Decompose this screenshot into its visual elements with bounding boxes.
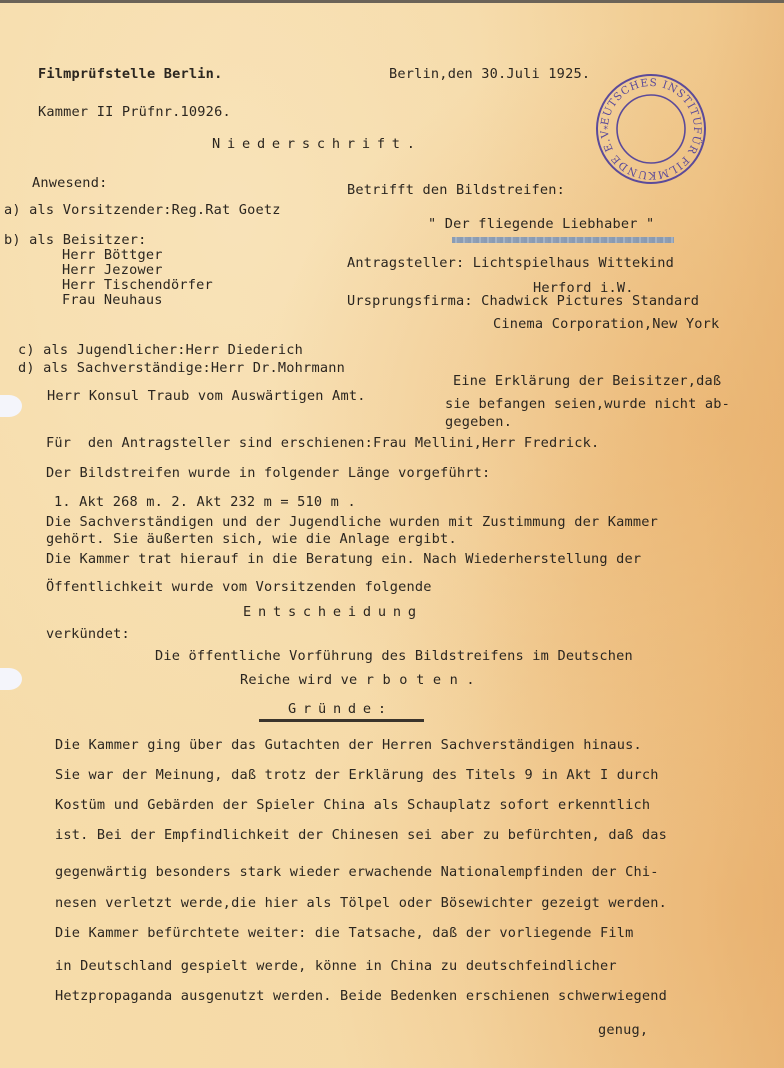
svg-text:DEUTSCHES INSTITUT: DEUTSCHES INSTITUT xyxy=(594,72,703,128)
origin-company: Cinema Corporation,New York xyxy=(493,316,719,332)
assessor-item: Herr Böttger xyxy=(62,247,163,263)
youth-line: c) als Jugendlicher:Herr Diederich xyxy=(18,342,303,358)
body-line: gehört. Sie äußerten sich, wie die Anlag… xyxy=(46,531,457,547)
reasons-line: Die Kammer befürchtete weiter: die Tatsa… xyxy=(55,925,634,941)
office-name: Filmprüfstelle Berlin. xyxy=(38,66,222,82)
appeared-line: Für den Antragsteller sind erschienen:Fr… xyxy=(46,435,599,451)
reasons-heading: Gründe: xyxy=(288,701,393,717)
experts-line: d) als Sachverständige:Herr Dr.Mohrmann xyxy=(18,360,345,376)
bias-note-line: Eine Erklärung der Beisitzer,daß xyxy=(453,373,721,389)
length-intro: Der Bildstreifen wurde in folgender Läng… xyxy=(46,465,490,481)
reasons-line: Kostüm und Gebärden der Spieler China al… xyxy=(55,797,650,813)
reasons-line: in Deutschland gespielt werde, könne in … xyxy=(55,958,617,974)
origin-line: Ursprungsfirma: Chadwick Pictures Standa… xyxy=(347,293,699,309)
reasons-line: gegenwärtig besonders stark wieder erwac… xyxy=(55,864,659,880)
assessor-item: Herr Jezower xyxy=(62,262,163,278)
film-title: " Der fliegende Liebhaber " xyxy=(428,216,654,232)
reasons-underline xyxy=(259,719,424,722)
decision-heading: Entscheidung xyxy=(243,604,423,620)
reasons-line: ist. Bei der Empfindlichkeit der Chinese… xyxy=(55,827,667,843)
body-line: Die Kammer trat hierauf in die Beratung … xyxy=(46,551,641,567)
bias-note-line: gegeben. xyxy=(445,414,512,430)
reasons-line: Sie war der Meinung, daß trotz der Erklä… xyxy=(55,767,659,783)
reasons-line: nesen verletzt werde,die hier als Tölpel… xyxy=(55,895,667,911)
document-page: Filmprüfstelle Berlin. Kammer II Prüfnr.… xyxy=(0,0,784,1068)
decision-line: Reiche wird ve r b o t e n . xyxy=(240,672,475,688)
continuation-word: genug, xyxy=(598,1022,648,1038)
assessor-item: Frau Neuhaus xyxy=(62,292,163,308)
assessors-label: b) als Beisitzer: xyxy=(4,232,147,248)
place-date: Berlin,den 30.Juli 1925. xyxy=(389,66,590,82)
experts-line-2: Herr Konsul Traub vom Auswärtigen Amt. xyxy=(47,388,366,404)
chamber-number: Kammer II Prüfnr.10926. xyxy=(38,104,231,120)
svg-text:*: * xyxy=(603,125,608,135)
scan-top-edge xyxy=(0,0,784,3)
punch-hole xyxy=(0,395,22,417)
attendees-heading: Anwesend: xyxy=(32,175,107,191)
blue-pencil-underline xyxy=(452,237,674,243)
decision-line: Die öffentliche Vorführung des Bildstrei… xyxy=(155,648,633,664)
subject-label: Betrifft den Bildstreifen: xyxy=(347,182,565,198)
punch-hole xyxy=(0,668,22,690)
applicant-line: Antragsteller: Lichtspielhaus Wittekind xyxy=(347,255,674,271)
length-values: 1. Akt 268 m. 2. Akt 232 m = 510 m . xyxy=(54,494,356,510)
chair-line: a) als Vorsitzender:Reg.Rat Goetz xyxy=(4,202,281,218)
reasons-line: Hetzpropaganda ausgenutzt werden. Beide … xyxy=(55,988,667,1004)
institute-stamp-icon: DEUTSCHES INSTITUT FÜR FILMKUNDE E.V. * xyxy=(594,72,708,186)
document-title: Niederschrift. xyxy=(212,136,422,152)
reasons-line: Die Kammer ging über das Gutachten der H… xyxy=(55,737,642,753)
body-line: Öffentlichkeit wurde vom Vorsitzenden fo… xyxy=(46,579,432,595)
announced-label: verkündet: xyxy=(46,626,130,642)
assessor-item: Herr Tischendörfer xyxy=(62,277,213,293)
body-line: Die Sachverständigen und der Jugendliche… xyxy=(46,514,658,530)
bias-note-line: sie befangen seien,wurde nicht ab- xyxy=(445,396,730,412)
